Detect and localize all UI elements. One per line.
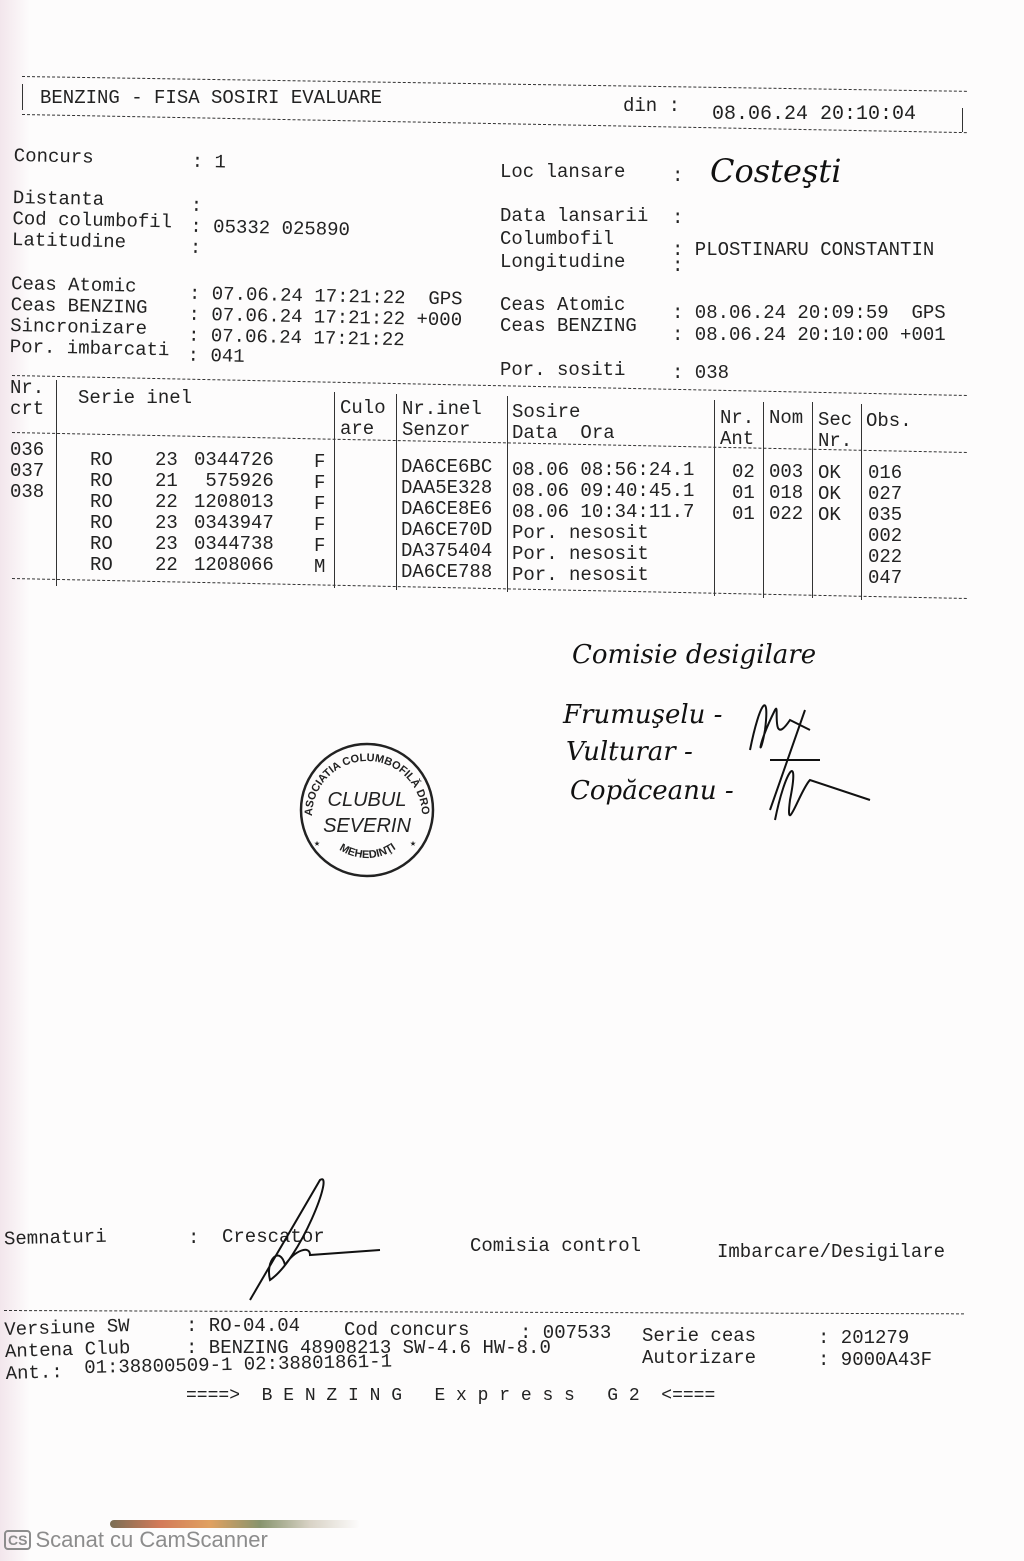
col-divider xyxy=(714,400,715,596)
footer-separator xyxy=(4,1310,964,1314)
sex: F xyxy=(314,536,325,557)
commission-title: Comisie desigilare xyxy=(572,640,816,670)
ring-country: RO xyxy=(90,492,113,513)
camscanner-text: Scanat cu CamScanner xyxy=(35,1527,267,1553)
loc-lansare-label: Loc lansare xyxy=(500,162,625,183)
arrival-time: Por. nesosit xyxy=(512,544,649,565)
th-obs: Obs. xyxy=(866,411,912,432)
th-nr-ant: Nr. Ant xyxy=(720,408,754,450)
th-serie-inel: Serie inel xyxy=(78,388,192,409)
sensor-ring: DA6CE788 xyxy=(401,562,492,583)
document-title: BENZING - FISA SOSIRI EVALUARE xyxy=(40,88,382,109)
th-nr-inel-senzor: Nr.inel Senzor xyxy=(402,399,482,441)
obs: 002 xyxy=(868,526,902,547)
ring-country: RO xyxy=(90,534,113,555)
cod-columbofil-value: : 05332 025890 xyxy=(190,217,350,241)
ring-number: 575926 xyxy=(194,471,274,492)
th-culoare: Culo are xyxy=(340,398,386,440)
th-sosire: Sosire Data Ora xyxy=(512,402,615,444)
ring-year: 22 xyxy=(155,492,178,513)
ring-number: 1208066 xyxy=(194,555,274,576)
col-divider xyxy=(861,404,862,600)
ceas-benzing-end-label: Ceas BENZING xyxy=(500,316,637,337)
nr-crt-value: 036 xyxy=(10,440,44,461)
th-sec-nr: Sec Nr. xyxy=(818,410,852,452)
stamp-bottom-text: MEHEDINŢI xyxy=(337,841,397,861)
commission-signatures xyxy=(730,690,890,860)
nr-crt-value: 038 xyxy=(10,482,44,503)
svg-text:MEHEDINŢI: MEHEDINŢI xyxy=(337,841,397,861)
commission-member: Vulturar - xyxy=(566,737,693,767)
nom: 018 xyxy=(769,483,803,504)
concurs-value: : 1 xyxy=(191,152,226,174)
distanta-value: : xyxy=(191,196,203,217)
autorizare-value: : 9000A43F xyxy=(818,1350,932,1371)
arrival-time: 08.06 09:40:45.1 xyxy=(512,481,694,502)
brand-line: ====> B E N Z I N G E x p r e s s G 2 <=… xyxy=(186,1386,715,1407)
longitudine-label: Longitudine xyxy=(500,252,625,273)
th-nr-crt: Nr. crt xyxy=(10,378,44,420)
semnaturi-colon: : xyxy=(188,1228,199,1249)
imbarcare-desigilare-label: Imbarcare/Desigilare xyxy=(717,1242,945,1263)
ring-number: 0343947 xyxy=(194,513,274,534)
col-divider xyxy=(812,402,813,598)
stamp-center-line2: SEVERIN xyxy=(323,815,411,837)
stamp-star-icon: ★ xyxy=(410,839,416,850)
ring-year: 23 xyxy=(155,450,178,471)
arrival-time: Por. nesosit xyxy=(512,565,649,586)
header-left-border xyxy=(22,84,23,110)
sec-nr: OK xyxy=(818,484,841,505)
sec-nr: OK xyxy=(818,505,841,526)
col-divider xyxy=(396,394,397,590)
header-din-value: 08.06.24 20:10:04 xyxy=(712,104,916,125)
sex: F xyxy=(314,494,325,515)
nom: 022 xyxy=(769,504,803,525)
columbofil-value: : PLOSTINARU CONSTANTIN xyxy=(672,240,934,261)
columbofil-label: Columbofil xyxy=(500,229,614,250)
ant-value: 01:38800509-1 02:38801861-1 xyxy=(84,1352,392,1379)
sensor-ring: DA6CE8E6 xyxy=(401,499,492,520)
serie-ceas-label: Serie ceas xyxy=(642,1326,756,1347)
header-right-border xyxy=(962,108,963,132)
obs: 022 xyxy=(868,547,902,568)
data-lansarii-value: : xyxy=(672,208,683,229)
sensor-ring: DA375404 xyxy=(401,541,492,562)
longitudine-value: : xyxy=(672,256,683,277)
ring-number: 0344738 xyxy=(194,534,274,555)
autorizare-label: Autorizare xyxy=(642,1348,756,1369)
commission-member: Copăceanu - xyxy=(570,776,734,806)
arrival-time: 08.06 08:56:24.1 xyxy=(512,460,694,481)
antenna-nr: 02 xyxy=(732,462,755,483)
ceas-benzing-end-value: : 08.06.24 20:10:00 +001 xyxy=(672,325,946,346)
camscanner-watermark: CS Scanat cu CamScanner xyxy=(4,1527,268,1553)
loc-lansare-handwritten: Costeşti xyxy=(710,152,841,190)
col-divider xyxy=(334,392,335,588)
col-divider xyxy=(56,380,57,586)
latitudine-value: : xyxy=(190,238,202,259)
sex: F xyxy=(314,515,325,536)
obs: 047 xyxy=(868,568,902,589)
comisia-control-label: Comisia control xyxy=(470,1236,641,1257)
por-sositi-value: : 038 xyxy=(672,363,729,384)
header-din-label: din : xyxy=(623,96,680,117)
th-nom: Nom xyxy=(769,408,803,429)
ant-label: Ant.: xyxy=(5,1362,63,1385)
ring-number: 1208013 xyxy=(194,492,274,513)
antenna-nr: 01 xyxy=(732,504,755,525)
arrival-time: Por. nesosit xyxy=(512,523,649,544)
ring-country: RO xyxy=(90,450,113,471)
sensor-ring: DAA5E328 xyxy=(401,478,492,499)
ceas-atomic-end-label: Ceas Atomic xyxy=(500,295,625,316)
obs: 016 xyxy=(868,463,902,484)
sex: M xyxy=(314,557,325,578)
ceas-atomic-end-value: : 08.06.24 20:09:59 GPS xyxy=(672,303,946,324)
camscanner-logo-icon: CS xyxy=(4,1530,31,1550)
sex: F xyxy=(314,452,325,473)
sex: F xyxy=(314,473,325,494)
versiune-sw-value: : RO-04.04 xyxy=(186,1316,300,1337)
ring-country: RO xyxy=(90,471,113,492)
serie-ceas-value: : 201279 xyxy=(818,1328,909,1349)
nr-crt-value: 037 xyxy=(10,461,44,482)
ring-year: 22 xyxy=(155,555,178,576)
sensor-ring: DA6CE70D xyxy=(401,520,492,541)
semnaturi-label: Semnaturi xyxy=(4,1227,107,1251)
stamp-star-icon: ★ xyxy=(314,839,320,850)
obs: 027 xyxy=(868,484,902,505)
antenna-nr: 01 xyxy=(732,483,755,504)
ring-country: RO xyxy=(90,513,113,534)
por-sositi-label: Por. sositi xyxy=(500,360,625,381)
loc-lansare-colon: : xyxy=(672,166,683,187)
club-stamp: ASOCIATIA COLUMBOFILĂ DROBETA MEHEDINŢI … xyxy=(292,738,442,878)
stamp-center-line1: CLUBUL xyxy=(328,789,407,811)
obs: 035 xyxy=(868,505,902,526)
nom: 003 xyxy=(769,462,803,483)
col-divider xyxy=(763,402,764,598)
sensor-ring: DA6CE6BC xyxy=(401,457,492,478)
arrival-time: 08.06 10:34:11.7 xyxy=(512,502,694,523)
por-imbarcati-label: Por. imbarcati xyxy=(10,337,170,361)
col-divider xyxy=(507,396,508,592)
ring-number: 0344726 xyxy=(194,450,274,471)
por-imbarcati-value: : 041 xyxy=(187,346,244,368)
ring-year: 21 xyxy=(155,471,178,492)
ring-year: 23 xyxy=(155,513,178,534)
concurs-label: Concurs xyxy=(14,146,94,169)
latitudine-label: Latitudine xyxy=(12,230,126,253)
ring-year: 23 xyxy=(155,534,178,555)
sec-nr: OK xyxy=(818,463,841,484)
commission-member: Frumuşelu - xyxy=(563,700,722,730)
data-lansarii-label: Data lansarii xyxy=(500,206,648,227)
crescator-signature xyxy=(240,1170,400,1310)
ring-country: RO xyxy=(90,555,113,576)
